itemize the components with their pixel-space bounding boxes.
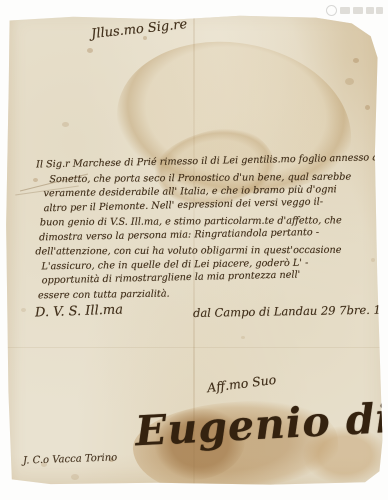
letter-body-line: Sonetto, che porta seco il Pronostico d'…: [49, 170, 381, 187]
fox-spot: [62, 122, 69, 127]
collector-annotation: J. C.o Vacca Torino: [23, 452, 118, 466]
horizontal-fold-crease: [5, 347, 384, 348]
fox-spot: [143, 36, 147, 40]
letter-paper: Jllus.mo Sig.re Il Sig.r Marchese di Pri…: [5, 10, 384, 488]
watermark-icon: [326, 4, 384, 17]
letter-body-line: Il Sig.r Marchese di Prié rimesso il di …: [36, 151, 381, 173]
letter-closing: D. V. S. Ill.ma: [35, 302, 123, 320]
letter-photo: Jllus.mo Sig.re Il Sig.r Marchese di Pri…: [0, 0, 388, 500]
fox-spot: [345, 78, 354, 85]
watermark-circle-icon: [326, 5, 337, 16]
fox-spot: [21, 308, 26, 312]
letter-valediction: Aff.mo Suo: [206, 372, 277, 395]
letter-body-line: dell'attenzione, con cui ha voluto oblig…: [35, 244, 382, 260]
letter-salutation: Jllus.mo Sig.re: [90, 17, 187, 42]
fox-spot: [365, 105, 370, 110]
letter-body: Il Sig.r Marchese di Prié rimesso il di …: [34, 154, 383, 304]
fox-spot: [353, 58, 359, 63]
fox-spot: [241, 336, 245, 339]
signature-eugenio-di-savoia: Eugenio di Savoye: [134, 385, 388, 456]
fox-spot: [71, 474, 79, 480]
fox-spot: [87, 48, 93, 53]
letter-dateline: dal Campo di Landau 29 7bre. 1704 —: [193, 302, 388, 320]
